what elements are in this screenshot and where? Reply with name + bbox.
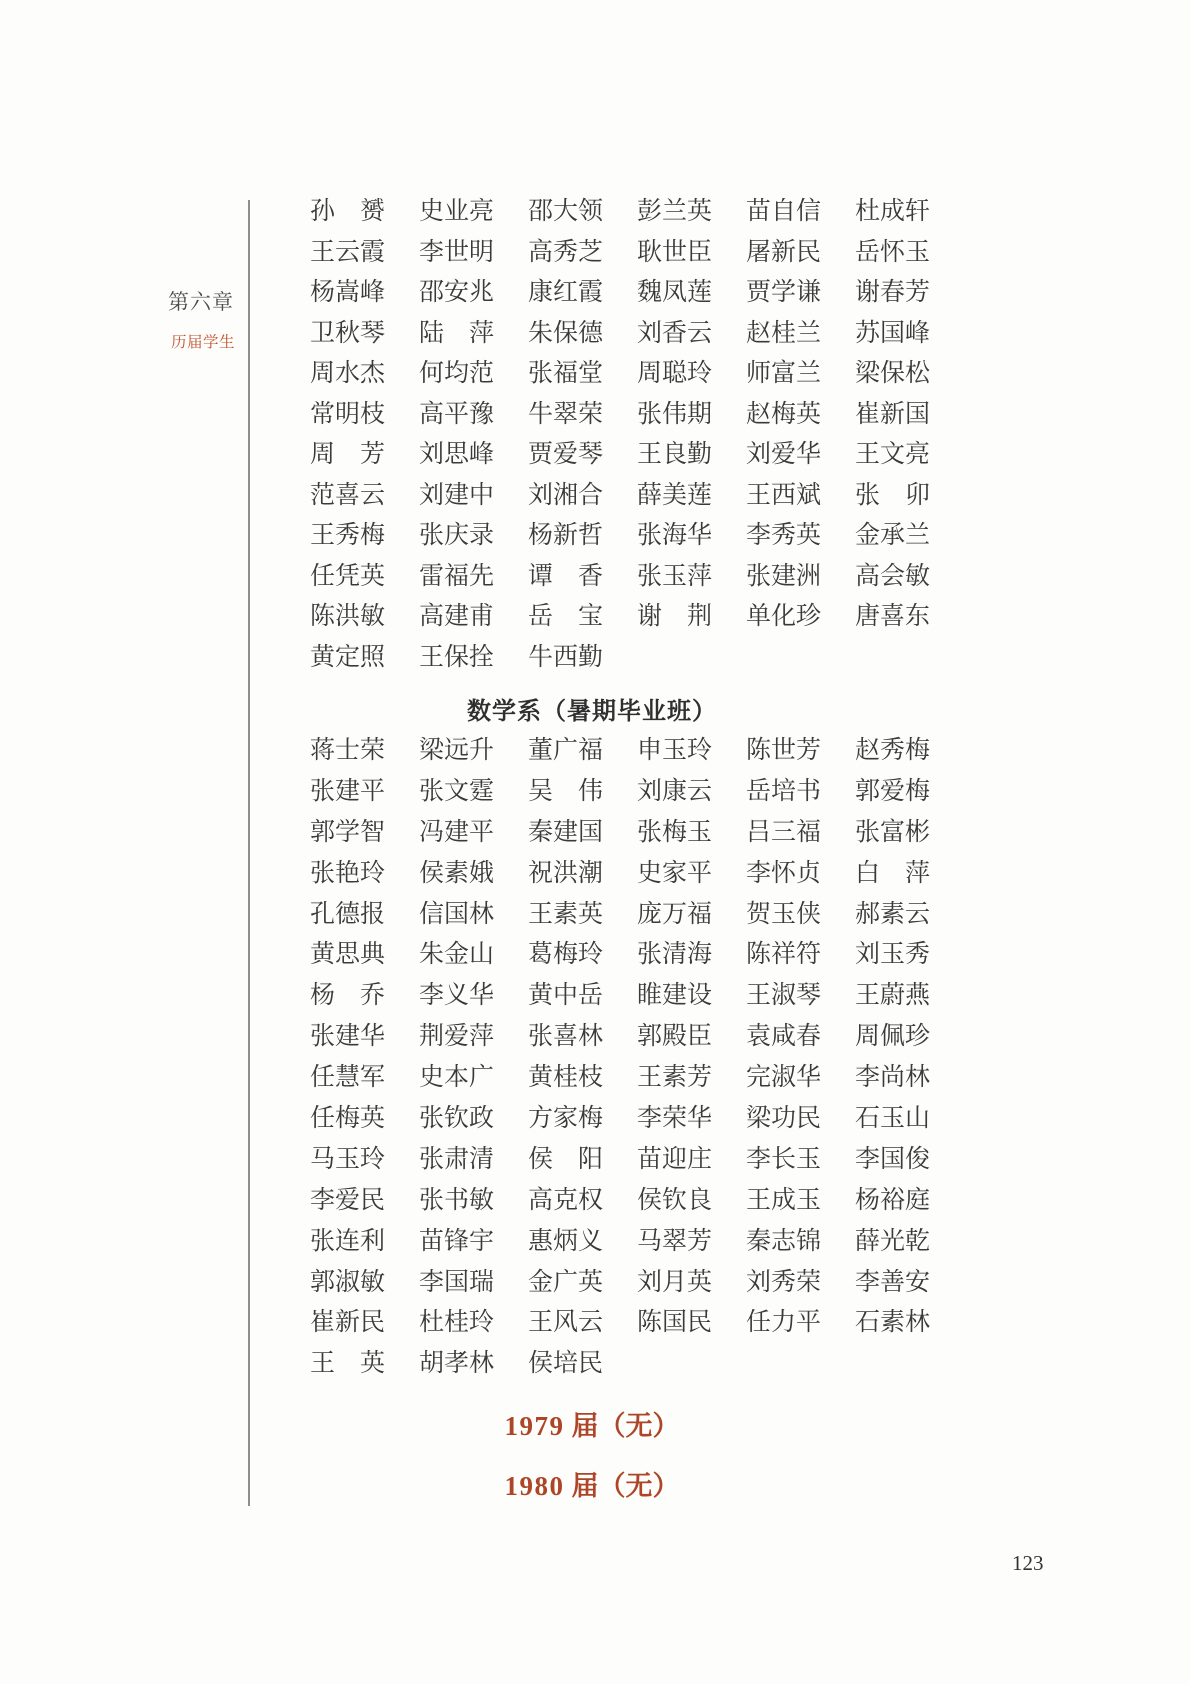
student-name: 贺玉侠	[746, 895, 824, 936]
student-name: 牛翠荣	[528, 395, 606, 436]
student-name: 黄中岳	[528, 976, 606, 1017]
student-name: 王素芳	[637, 1058, 715, 1099]
student-name: 陈世芳	[746, 731, 824, 772]
student-name: 刘爱华	[746, 435, 824, 476]
student-name: 郭学智	[310, 813, 388, 854]
student-name: 侯培民	[528, 1344, 606, 1385]
student-name: 周 芳	[310, 435, 388, 476]
student-name: 祝洪潮	[528, 854, 606, 895]
student-name: 张庆录	[419, 516, 497, 557]
student-name: 薛光乾	[855, 1222, 933, 1263]
student-name: 孔德报	[310, 895, 388, 936]
student-name: 李世明	[419, 233, 497, 274]
student-name: 金承兰	[855, 516, 933, 557]
student-name: 李义华	[419, 976, 497, 1017]
student-name: 何均范	[419, 354, 497, 395]
student-name: 蒋士荣	[310, 731, 388, 772]
student-name: 崔新国	[855, 395, 933, 436]
student-name: 张肃清	[419, 1140, 497, 1181]
student-name: 杜成轩	[855, 192, 933, 233]
student-name: 郭殿臣	[637, 1017, 715, 1058]
student-name: 方家梅	[528, 1099, 606, 1140]
student-name: 陆 萍	[419, 314, 497, 355]
student-name: 唐喜东	[855, 597, 933, 638]
student-name: 吴 伟	[528, 772, 606, 813]
student-name: 崔新民	[310, 1303, 388, 1344]
student-name: 王 英	[310, 1344, 388, 1385]
student-name: 赵梅英	[746, 395, 824, 436]
student-name: 睢建设	[637, 976, 715, 1017]
student-name: 高秀芝	[528, 233, 606, 274]
student-name: 任慧军	[310, 1058, 388, 1099]
student-name: 李长玉	[746, 1140, 824, 1181]
student-name: 申玉玲	[637, 731, 715, 772]
student-name: 彭兰英	[637, 192, 715, 233]
class-1980-suffix: 届（无）	[572, 1471, 680, 1501]
student-name: 石素林	[855, 1303, 933, 1344]
student-name: 马玉玲	[310, 1140, 388, 1181]
class-1980-year: 1980	[505, 1471, 565, 1501]
student-name: 杜桂玲	[419, 1303, 497, 1344]
student-name: 黄思典	[310, 935, 388, 976]
class-1980-heading: 1980届（无）	[248, 1464, 936, 1503]
student-name: 吕三福	[746, 813, 824, 854]
student-name: 张富彬	[855, 813, 933, 854]
student-name: 陈国民	[637, 1303, 715, 1344]
student-name: 杨嵩峰	[310, 273, 388, 314]
student-name: 陈洪敏	[310, 597, 388, 638]
student-name: 任凭英	[310, 557, 388, 598]
student-name: 史家平	[637, 854, 715, 895]
student-name: 郭淑敏	[310, 1263, 388, 1304]
student-name: 信国林	[419, 895, 497, 936]
student-name: 张福堂	[528, 354, 606, 395]
chapter-subtitle: 历届学生	[171, 330, 235, 352]
student-name: 郝素云	[855, 895, 933, 936]
student-name: 郭爱梅	[855, 772, 933, 813]
student-name: 岳 宝	[528, 597, 606, 638]
student-name: 赵桂兰	[746, 314, 824, 355]
student-name: 杨裕庭	[855, 1181, 933, 1222]
student-name: 李善安	[855, 1263, 933, 1304]
student-name: 张玉萍	[637, 557, 715, 598]
student-name: 苗迎庄	[637, 1140, 715, 1181]
student-name: 周佩珍	[855, 1017, 933, 1058]
student-name: 刘玉秀	[855, 935, 933, 976]
chapter-label: 第六章	[168, 286, 234, 316]
student-name: 张伟期	[637, 395, 715, 436]
page-number: 123	[1012, 1551, 1044, 1576]
student-name: 薛美莲	[637, 476, 715, 517]
student-name: 金广英	[528, 1263, 606, 1304]
student-name: 雷福先	[419, 557, 497, 598]
student-name: 谢 荆	[637, 597, 715, 638]
student-name: 邵安兆	[419, 273, 497, 314]
student-name: 周水杰	[310, 354, 388, 395]
student-name: 赵秀梅	[855, 731, 933, 772]
student-name: 杨新哲	[528, 516, 606, 557]
student-name: 李尚林	[855, 1058, 933, 1099]
student-name: 范喜云	[310, 476, 388, 517]
student-name: 马翠芳	[637, 1222, 715, 1263]
student-name: 高平豫	[419, 395, 497, 436]
student-name: 王风云	[528, 1303, 606, 1344]
student-name: 王秀梅	[310, 516, 388, 557]
graduates-name-grid-2: 蒋士荣梁远升董广福申玉玲陈世芳赵秀梅张建平张文霆吴 伟刘康云岳培书郭爱梅郭学智冯…	[310, 731, 933, 1385]
student-name: 任梅英	[310, 1099, 388, 1140]
student-name: 苏国峰	[855, 314, 933, 355]
student-name: 李怀贞	[746, 854, 824, 895]
student-name: 王淑琴	[746, 976, 824, 1017]
section-header-math-summer-class: 数学系（暑期毕业班）	[248, 691, 936, 726]
student-name: 侯 阳	[528, 1140, 606, 1181]
student-name: 贾爱琴	[528, 435, 606, 476]
student-name: 张梅玉	[637, 813, 715, 854]
student-name: 李秀英	[746, 516, 824, 557]
student-name: 王素英	[528, 895, 606, 936]
chapter-divider-line	[248, 200, 250, 1506]
student-name: 朱保德	[528, 314, 606, 355]
student-name: 侯素娥	[419, 854, 497, 895]
student-name: 苗自信	[746, 192, 824, 233]
student-name: 刘香云	[637, 314, 715, 355]
student-name: 王良勤	[637, 435, 715, 476]
student-name: 魏凤莲	[637, 273, 715, 314]
student-name: 朱金山	[419, 935, 497, 976]
student-name: 张文霆	[419, 772, 497, 813]
student-name: 高克权	[528, 1181, 606, 1222]
book-page: 第六章 历届学生 孙 赟史业亮邵大领彭兰英苗自信杜成轩王云霞李世明高秀芝耿世臣屠…	[0, 0, 1190, 1684]
class-1979-year: 1979	[505, 1411, 565, 1441]
student-name: 王成玉	[746, 1181, 824, 1222]
student-name: 王蔚燕	[855, 976, 933, 1017]
student-name: 杨 乔	[310, 976, 388, 1017]
student-name: 张海华	[637, 516, 715, 557]
student-name: 梁保松	[855, 354, 933, 395]
student-name: 王文亮	[855, 435, 933, 476]
student-name: 周聪玲	[637, 354, 715, 395]
student-name: 李国瑞	[419, 1263, 497, 1304]
student-name: 苗锋宇	[419, 1222, 497, 1263]
student-name: 常明枝	[310, 395, 388, 436]
student-name: 单化珍	[746, 597, 824, 638]
student-name: 董广福	[528, 731, 606, 772]
student-name: 完淑华	[746, 1058, 824, 1099]
student-name: 张清海	[637, 935, 715, 976]
class-1979-heading: 1979届（无）	[248, 1404, 936, 1443]
student-name: 刘思峰	[419, 435, 497, 476]
student-name: 荆爱萍	[419, 1017, 497, 1058]
student-name: 石玉山	[855, 1099, 933, 1140]
student-name: 邵大领	[528, 192, 606, 233]
student-name: 刘康云	[637, 772, 715, 813]
student-name: 岳培书	[746, 772, 824, 813]
student-name: 刘秀荣	[746, 1263, 824, 1304]
student-name: 张喜林	[528, 1017, 606, 1058]
student-name: 侯钦良	[637, 1181, 715, 1222]
student-name: 刘月英	[637, 1263, 715, 1304]
student-name: 黄定照	[310, 638, 388, 679]
student-name: 岳怀玉	[855, 233, 933, 274]
student-name: 贾学谦	[746, 273, 824, 314]
student-name: 李爱民	[310, 1181, 388, 1222]
student-name: 秦志锦	[746, 1222, 824, 1263]
student-name: 李荣华	[637, 1099, 715, 1140]
student-name: 王云霞	[310, 233, 388, 274]
student-name: 屠新民	[746, 233, 824, 274]
student-name: 张建洲	[746, 557, 824, 598]
student-name: 耿世臣	[637, 233, 715, 274]
class-1979-suffix: 届（无）	[572, 1411, 680, 1441]
student-name: 王西斌	[746, 476, 824, 517]
student-name: 王保拴	[419, 638, 497, 679]
student-name: 牛西勤	[528, 638, 606, 679]
student-name: 师富兰	[746, 354, 824, 395]
student-name: 谭 香	[528, 557, 606, 598]
student-name: 刘湘合	[528, 476, 606, 517]
student-name: 张连利	[310, 1222, 388, 1263]
student-name: 张建平	[310, 772, 388, 813]
student-name: 张 卯	[855, 476, 933, 517]
student-name: 庞万福	[637, 895, 715, 936]
student-name: 高会敏	[855, 557, 933, 598]
student-name: 黄桂枝	[528, 1058, 606, 1099]
student-name: 白 萍	[855, 854, 933, 895]
student-name: 张钦政	[419, 1099, 497, 1140]
student-name: 秦建国	[528, 813, 606, 854]
student-name: 张书敏	[419, 1181, 497, 1222]
student-name: 冯建平	[419, 813, 497, 854]
student-name: 胡孝林	[419, 1344, 497, 1385]
student-name: 任力平	[746, 1303, 824, 1344]
student-name: 刘建中	[419, 476, 497, 517]
student-name: 李国俊	[855, 1140, 933, 1181]
student-name: 史本广	[419, 1058, 497, 1099]
student-name: 惠炳义	[528, 1222, 606, 1263]
graduates-name-grid-1: 孙 赟史业亮邵大领彭兰英苗自信杜成轩王云霞李世明高秀芝耿世臣屠新民岳怀玉杨嵩峰邵…	[310, 192, 933, 678]
student-name: 高建甫	[419, 597, 497, 638]
student-name: 陈祥符	[746, 935, 824, 976]
student-name: 康红霞	[528, 273, 606, 314]
student-name: 孙 赟	[310, 192, 388, 233]
student-name: 葛梅玲	[528, 935, 606, 976]
student-name: 张艳玲	[310, 854, 388, 895]
student-name: 梁功民	[746, 1099, 824, 1140]
student-name: 梁远升	[419, 731, 497, 772]
student-name: 史业亮	[419, 192, 497, 233]
student-name: 袁咸春	[746, 1017, 824, 1058]
student-name: 卫秋琴	[310, 314, 388, 355]
student-name: 张建华	[310, 1017, 388, 1058]
student-name: 谢春芳	[855, 273, 933, 314]
